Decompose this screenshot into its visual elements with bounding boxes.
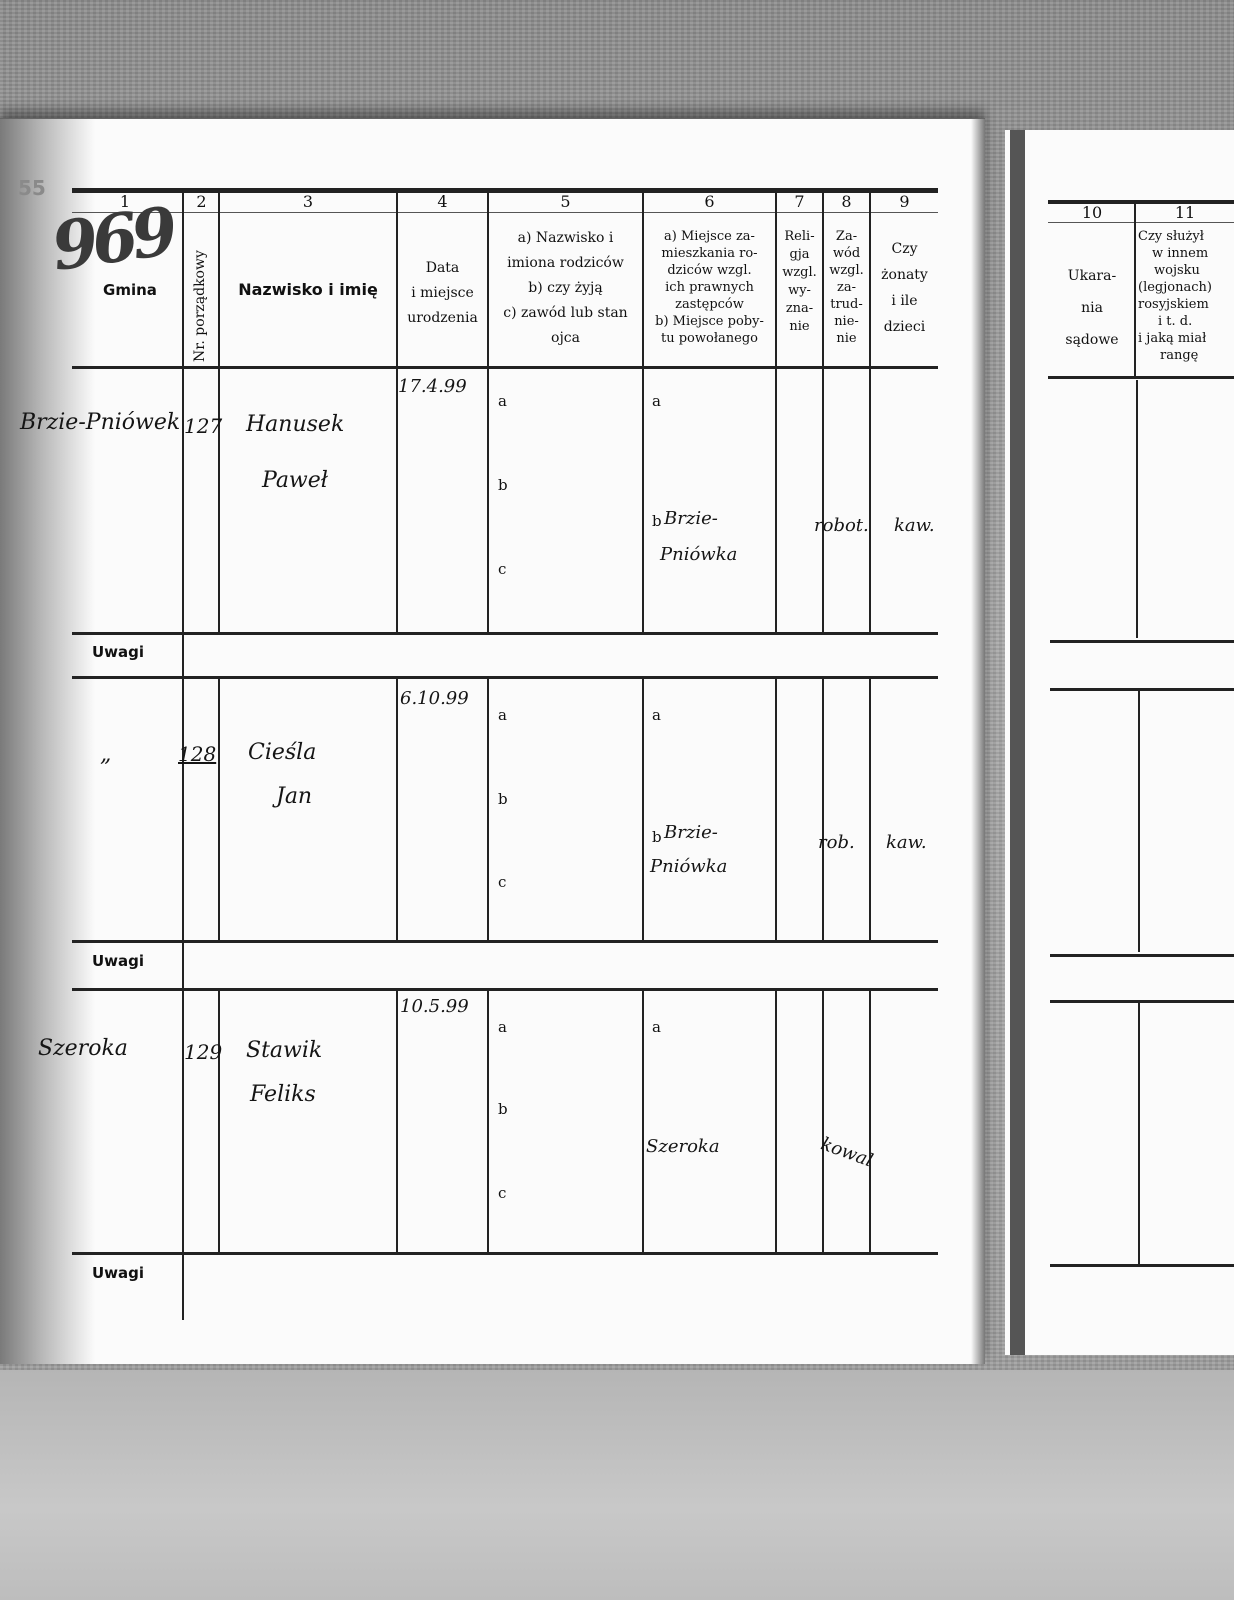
header-religja: Reli- gja wzgl. wy- zna- nie	[777, 228, 822, 336]
table-surface	[0, 1370, 1234, 1600]
col-num-7: 7	[777, 192, 822, 211]
row-divider	[775, 678, 777, 940]
row-divider	[869, 678, 871, 940]
header-line: dziców wzgl.	[644, 262, 775, 279]
header-line: (legjonach)	[1138, 279, 1234, 296]
header-line: c) zawód lub stan	[489, 301, 642, 326]
header-nr-porzadkowy: Nr. porządkowy	[192, 250, 208, 362]
header-line: ojca	[489, 326, 642, 351]
header-line: i ile	[871, 288, 938, 314]
header-line: trud-	[824, 296, 869, 313]
row-divider	[218, 678, 220, 940]
col-num-9: 9	[871, 192, 938, 211]
right-row-rule	[1050, 1264, 1234, 1267]
header-line: rosyjskiem	[1138, 296, 1234, 313]
sub-label-b: b	[498, 476, 508, 494]
right-row-divider	[1138, 1002, 1140, 1264]
header-nazwisko-imie: Nazwisko i imię	[220, 282, 396, 298]
entry-residence: Brzie-	[664, 508, 718, 529]
entry-nr: 127	[184, 414, 222, 438]
row-divider	[396, 368, 398, 632]
remarks-divider	[182, 634, 184, 676]
entry-col9: kaw.	[886, 832, 927, 853]
header-line: i t. d.	[1138, 313, 1234, 330]
header-line: wojsku	[1138, 262, 1234, 279]
page-shadow	[0, 119, 95, 1364]
sub-label-a: a	[498, 1018, 507, 1036]
row-divider	[396, 990, 398, 1252]
row-divider	[869, 990, 871, 1252]
entry-occupation: robot.	[814, 515, 869, 536]
book-binding	[1010, 130, 1025, 1355]
header-line: nia	[1050, 292, 1134, 324]
header-line: wód	[824, 245, 869, 262]
header-line: ich prawnych	[644, 279, 775, 296]
right-row-divider	[1136, 380, 1138, 638]
header-ukarania: Ukara- nia sądowe	[1050, 260, 1134, 356]
row-divider	[396, 678, 398, 940]
entry-occupation: rob.	[818, 832, 855, 853]
row-divider	[487, 678, 489, 940]
entry-gmina: Brzie-Pniówek	[20, 410, 180, 435]
entry-given-name: Feliks	[250, 1082, 316, 1107]
header-line: rangę	[1138, 347, 1234, 364]
col-num-2: 2	[185, 192, 218, 211]
header-line: tu powołanego	[644, 330, 775, 347]
sub-label-b: b	[652, 828, 662, 846]
header-line: żonaty	[871, 262, 938, 288]
entry-residence-2: Pniówka	[660, 544, 737, 565]
row-divider	[869, 368, 871, 632]
header-bottom-rule	[72, 366, 938, 369]
header-line: nie-	[824, 313, 869, 330]
sub-label-a: a	[498, 706, 507, 724]
header-line: mieszkania ro-	[644, 245, 775, 262]
sub-label-a: a	[498, 392, 507, 410]
remarks-label: Uwagi	[92, 1264, 144, 1282]
header-line: wy-	[777, 282, 822, 300]
stamp-number: 969	[47, 192, 176, 286]
col-num-5: 5	[489, 192, 642, 211]
sub-label-c: c	[498, 1184, 506, 1202]
entry-birth-date: 17.4.99	[398, 376, 467, 397]
header-line: nie	[777, 318, 822, 336]
row-rule	[72, 988, 938, 991]
header-data-urodzenia: Data i miejsce urodzenia	[398, 256, 487, 331]
col-num-11: 11	[1136, 203, 1234, 222]
entry-surname: Hanusek	[246, 412, 344, 437]
col-num-8: 8	[824, 192, 869, 211]
entry-surname: Stawik	[246, 1038, 322, 1063]
header-line: Reli-	[777, 228, 822, 246]
entry-residence-2: Pniówka	[650, 856, 727, 877]
col-divider-2	[218, 192, 220, 366]
row-rule	[72, 940, 938, 943]
header-line: Ukara-	[1050, 260, 1134, 292]
right-col-divider	[1134, 204, 1136, 376]
remarks-divider	[182, 942, 184, 988]
col-divider-1	[182, 192, 184, 366]
entry-col9: kaw.	[894, 515, 935, 536]
row-divider	[822, 990, 824, 1252]
right-header-bottom-rule	[1048, 376, 1234, 379]
sub-label-a: a	[652, 706, 661, 724]
header-sluzba: Czy służył w innem wojsku (legjonach) ro…	[1138, 228, 1234, 364]
row-rule	[72, 676, 938, 679]
sub-label-b: b	[652, 512, 662, 530]
entry-residence: Szeroka	[646, 1136, 720, 1157]
entry-gmina: Szeroka	[38, 1036, 128, 1061]
row-rule	[72, 632, 938, 635]
header-line: dzieci	[871, 314, 938, 340]
header-line: nie	[824, 330, 869, 347]
row-divider	[182, 368, 184, 632]
right-row-divider	[1138, 690, 1140, 952]
sub-label-b: b	[498, 790, 508, 808]
header-line: sądowe	[1050, 324, 1134, 356]
row-divider	[822, 368, 824, 632]
entry-gmina: „	[100, 742, 111, 767]
header-line: za-	[824, 279, 869, 296]
sub-label-b: b	[498, 1100, 508, 1118]
row-divider	[182, 678, 184, 940]
entry-residence: Brzie-	[664, 822, 718, 843]
header-line: Za-	[824, 228, 869, 245]
remarks-label: Uwagi	[92, 643, 144, 661]
header-line: w innem	[1138, 245, 1234, 262]
sub-label-a: a	[652, 392, 661, 410]
header-line: Czy	[871, 236, 938, 262]
remarks-label: Uwagi	[92, 952, 144, 970]
header-line: zna-	[777, 300, 822, 318]
sub-label-c: c	[498, 560, 506, 578]
entry-surname: Cieśla	[248, 740, 316, 765]
header-line: imiona rodziców	[489, 251, 642, 276]
row-divider	[487, 368, 489, 632]
row-divider	[218, 990, 220, 1252]
remarks-divider	[182, 1254, 184, 1320]
header-line: b) Miejsce poby-	[644, 313, 775, 330]
right-row-rule	[1050, 954, 1234, 957]
header-line: a) Nazwisko i	[489, 226, 642, 251]
right-row-rule	[1050, 1000, 1234, 1003]
header-line: i jaką miał	[1138, 330, 1234, 347]
entry-nr: 129	[184, 1040, 222, 1064]
entry-birth-date: 10.5.99	[400, 996, 469, 1017]
header-zonaty: Czy żonaty i ile dzieci	[871, 236, 938, 340]
col-num-10: 10	[1050, 203, 1134, 222]
right-row-rule	[1050, 640, 1234, 643]
header-line: urodzenia	[398, 306, 487, 331]
row-divider	[642, 678, 644, 940]
header-gmina: Gmina	[90, 282, 170, 298]
entry-given-name: Paweł	[262, 468, 328, 493]
entry-birth-date: 6.10.99	[400, 688, 469, 709]
column-number-rule	[72, 212, 938, 213]
header-rodzice: a) Nazwisko i imiona rodziców b) czy żyj…	[489, 226, 642, 351]
row-divider	[775, 990, 777, 1252]
row-divider	[642, 990, 644, 1252]
header-line: b) czy żyją	[489, 276, 642, 301]
row-divider	[182, 990, 184, 1252]
header-line: wzgl.	[777, 264, 822, 282]
header-line: zastępców	[644, 296, 775, 313]
row-rule	[72, 1252, 938, 1255]
header-line: Data	[398, 256, 487, 281]
right-column-number-rule	[1048, 222, 1234, 223]
header-line: Czy służył	[1138, 228, 1234, 245]
col-num-4: 4	[398, 192, 487, 211]
sub-label-c: c	[498, 873, 506, 891]
row-divider	[487, 990, 489, 1252]
row-divider	[218, 368, 220, 632]
header-line: wzgl.	[824, 262, 869, 279]
header-zawod: Za- wód wzgl. za- trud- nie- nie	[824, 228, 869, 347]
row-divider	[642, 368, 644, 632]
header-line: i miejsce	[398, 281, 487, 306]
row-divider	[775, 368, 777, 632]
entry-given-name: Jan	[276, 784, 312, 809]
page-gutter	[971, 119, 985, 1364]
col-num-6: 6	[644, 192, 775, 211]
page-number: 55	[18, 176, 46, 200]
right-row-rule	[1050, 688, 1234, 691]
header-line: a) Miejsce za-	[644, 228, 775, 245]
entry-nr: 128	[178, 742, 216, 766]
row-divider	[822, 678, 824, 940]
header-line: gja	[777, 246, 822, 264]
sub-label-a: a	[652, 1018, 661, 1036]
header-miejsce-zamieszkania: a) Miejsce za- mieszkania ro- dziców wzg…	[644, 228, 775, 347]
col-num-3: 3	[220, 192, 396, 211]
